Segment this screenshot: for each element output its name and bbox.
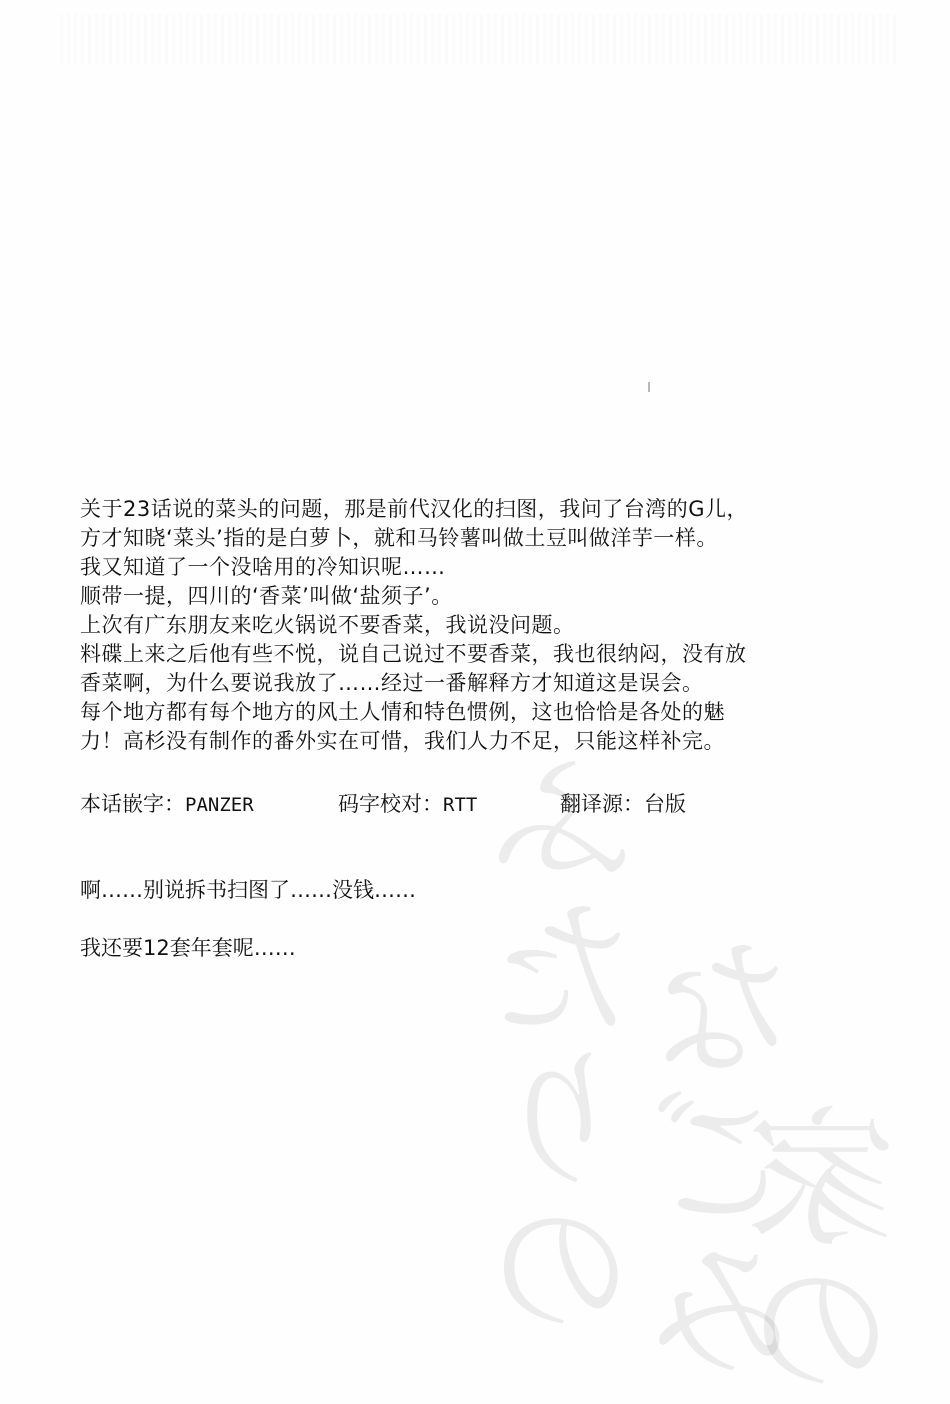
note-line: 关于23话说的菜头的问题，那是前代汉化的扫图，我问了台湾的G儿， bbox=[80, 495, 840, 524]
show-through-text: ふたりの bbox=[500, 740, 650, 1340]
credit-label: 码字校对： bbox=[338, 792, 443, 816]
note-line: 力！高杉没有制作的番外实在可惜，我们人力不足，只能这样补完。 bbox=[80, 727, 840, 756]
note-line: 方才知晓‘菜头’指的是白萝卜，就和马铃薯叫做土豆叫做洋芋一样。 bbox=[80, 524, 840, 553]
credit-typesetting: 本话嵌字：PANZER bbox=[80, 789, 254, 820]
note-line: 料碟上来之后他有些不悦，说自己说过不要香菜，我也很纳闷，没有放 bbox=[80, 640, 840, 669]
show-through-text: 家の bbox=[760, 1100, 910, 1400]
scan-noise bbox=[60, 14, 900, 64]
note-line: 香菜啊，为什么要说我放了……经过一番解释方才知道这是误会。 bbox=[80, 669, 840, 698]
credit-label: 本话嵌字： bbox=[80, 792, 185, 816]
note-line: 每个地方都有每个地方的风土人情和特色惯例，这也恰恰是各处的魅 bbox=[80, 698, 840, 727]
credit-value: 台版 bbox=[644, 792, 686, 816]
note-line: 顺带一提，四川的‘香菜’叫做‘盐须子’。 bbox=[80, 582, 840, 611]
credit-value: PANZER bbox=[185, 794, 254, 816]
scan-speck bbox=[648, 382, 650, 392]
translator-notes: 关于23话说的菜头的问题，那是前代汉化的扫图，我问了台湾的G儿， 方才知晓‘菜头… bbox=[80, 495, 840, 756]
aside-comment: 啊……别说拆书扫图了……没钱…… bbox=[80, 875, 416, 905]
note-line: 我又知道了一个没啥用的冷知识呢…… bbox=[80, 553, 840, 582]
credit-label: 翻译源： bbox=[560, 792, 644, 816]
credit-value: RTT bbox=[443, 794, 477, 816]
note-line: 上次有广东朋友来吃火锅说不要香菜，我说没问题。 bbox=[80, 611, 840, 640]
credit-proofreading: 码字校对：RTT bbox=[338, 789, 477, 820]
aside-comment: 我还要12套年套呢…… bbox=[80, 933, 296, 963]
show-through-text: なごみ bbox=[660, 930, 810, 1380]
credits-line: 本话嵌字：PANZER 码字校对：RTT 翻译源：台版 bbox=[0, 789, 950, 819]
credit-translation-source: 翻译源：台版 bbox=[560, 789, 686, 819]
scanned-page: ふたりの なごみ 家の 关于23话说的菜头的问题，那是前代汉化的扫图，我问了台湾… bbox=[0, 0, 950, 1404]
